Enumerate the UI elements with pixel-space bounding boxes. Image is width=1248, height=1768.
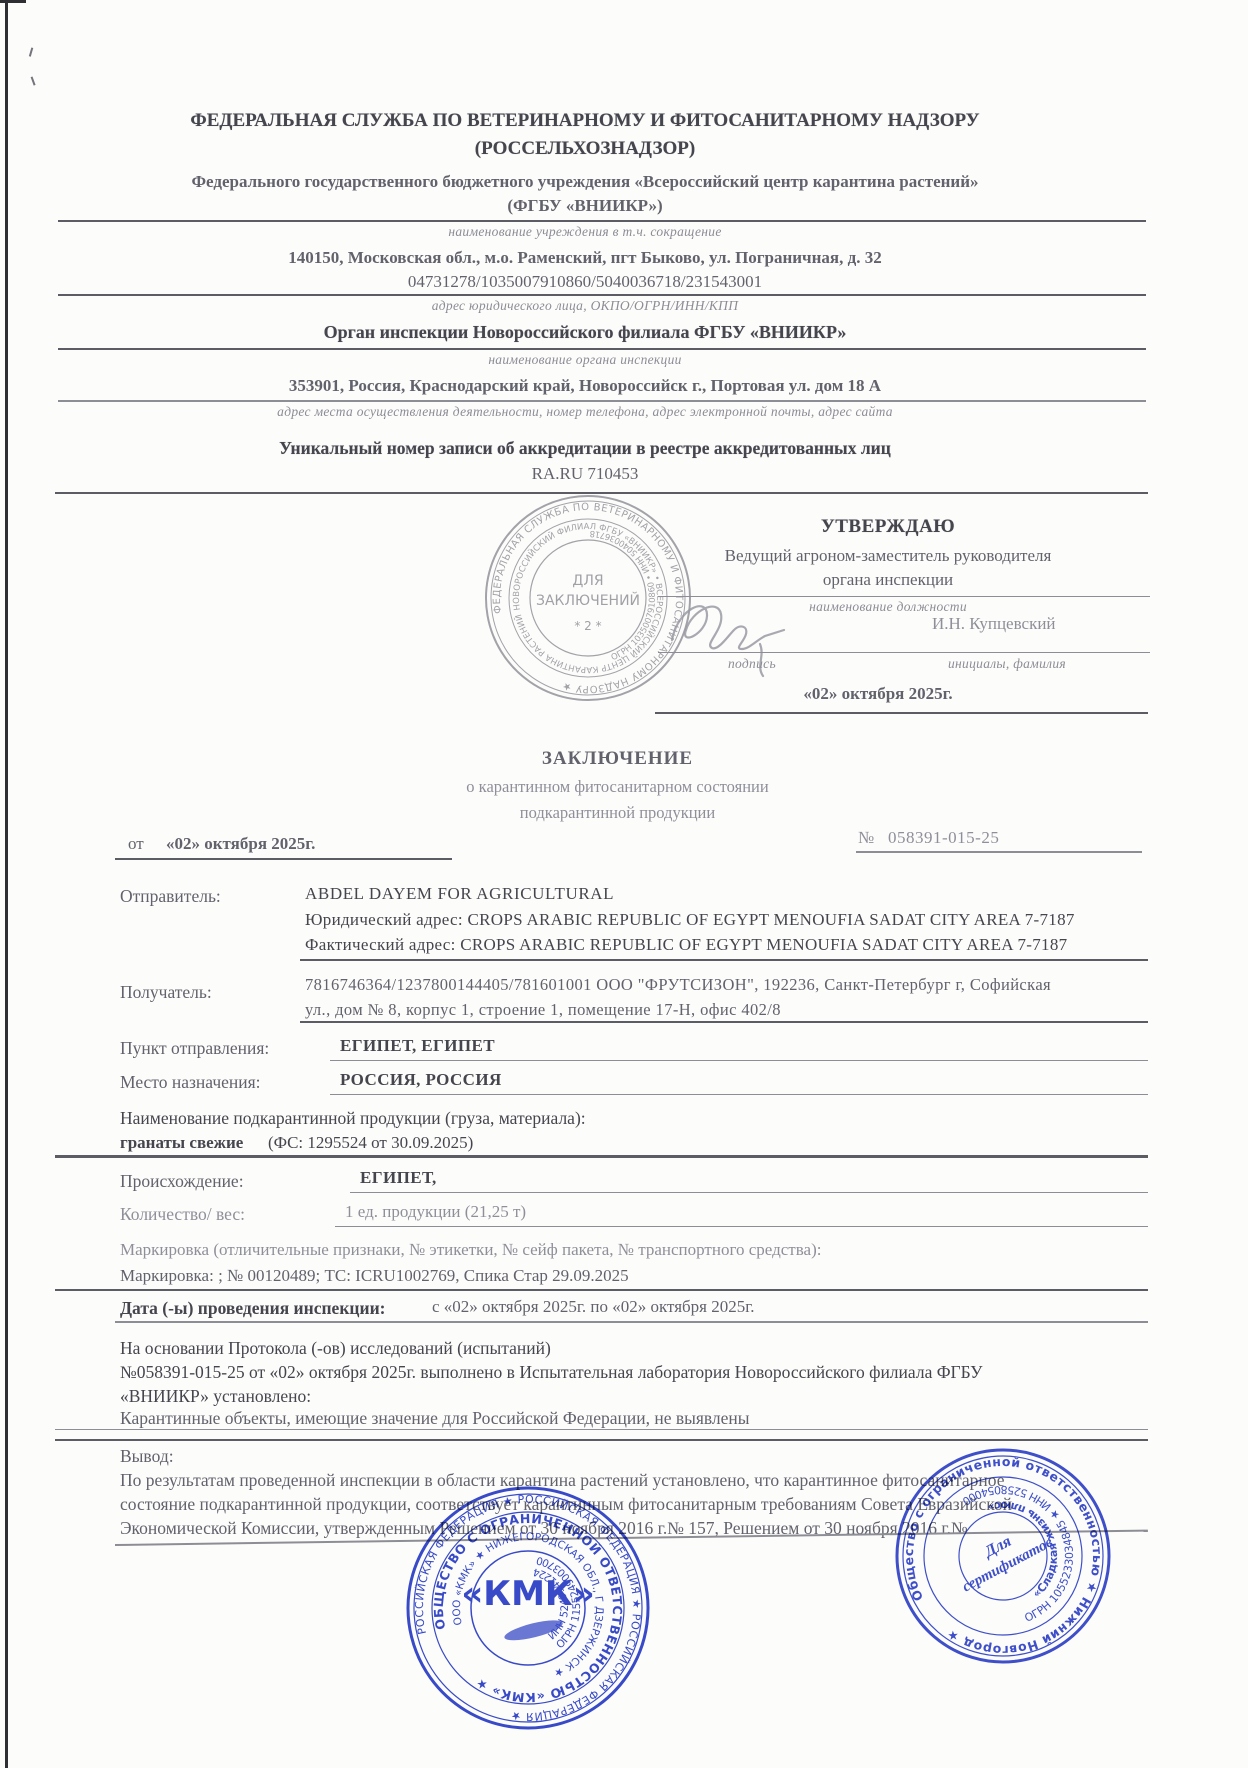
- sender-label: Отправитель:: [120, 886, 221, 906]
- rule: [335, 1226, 1148, 1227]
- caption-activity-address: адрес места осуществления деятельности, …: [40, 404, 1130, 420]
- approver-name: И.Н. Купцевский: [932, 614, 1056, 634]
- scanned-certificate-page: ФЕДЕРАЛЬНАЯ СЛУЖБА ПО ВЕТЕРИНАРНОМУ И ФИ…: [0, 0, 1248, 1768]
- header-institution: Федерального государственного бюджетного…: [40, 172, 1130, 192]
- header-service-abbr: (РОССЕЛЬХОЗНАДЗОР): [40, 138, 1130, 160]
- signature: [662, 592, 852, 687]
- rule: [115, 858, 452, 860]
- sender-name: ABDEL DAYEM FOR AGRICULTURAL: [305, 884, 614, 904]
- departure-value: ЕГИПЕТ, ЕГИПЕТ: [340, 1036, 495, 1056]
- receiver-line2: ул., дом № 8, корпус 1, строение 1, поме…: [305, 1001, 781, 1020]
- rule: [300, 1021, 1148, 1023]
- departure-label: Пункт отправления:: [120, 1038, 269, 1058]
- protocol-basis-line3: «ВНИИКР» установлено:: [120, 1386, 311, 1406]
- caption-inspection-body: наименование органа инспекции: [40, 352, 1130, 368]
- activity-address: 353901, Россия, Краснодарский край, Ново…: [40, 376, 1130, 396]
- rule: [55, 1289, 1148, 1291]
- caption-institution: наименование учреждения в т.ч. сокращени…: [40, 224, 1130, 240]
- approver-position-line1: Ведущий агроном-заместитель руководителя: [658, 546, 1118, 566]
- date-from-label: от: [128, 834, 144, 854]
- marking-value: Маркировка: ; № 00120489; ТС: ICRU100276…: [120, 1266, 629, 1286]
- protocol-basis-line1: На основании Протокола (-ов) исследовани…: [120, 1338, 551, 1358]
- document-title: ЗАКЛЮЧЕНИЕ: [115, 748, 1120, 770]
- accreditation-number: RA.RU 710453: [40, 464, 1130, 484]
- accreditation-label: Уникальный номер записи об аккредитации …: [40, 438, 1130, 458]
- receiver-label: Получатель:: [120, 982, 212, 1002]
- szp-certificates-stamp: Общество с ограниченной ответственностью…: [854, 1407, 1152, 1705]
- conclusion-label: Вывод:: [120, 1446, 174, 1466]
- marking-label: Маркировка (отличительные признаки, № эт…: [120, 1240, 821, 1260]
- approval-title: УТВЕРЖДАЮ: [658, 516, 1118, 538]
- header-service-name: ФЕДЕРАЛЬНАЯ СЛУЖБА ПО ВЕТЕРИНАРНОМУ И ФИ…: [40, 110, 1130, 132]
- document-number: 058391-015-25: [888, 828, 999, 848]
- sender-legal-address: Юридический адрес: CROPS ARABIC REPUBLIC…: [305, 910, 1075, 930]
- rule: [55, 1429, 1148, 1430]
- org-codes: 04731278/1035007910860/5040036718/231543…: [40, 272, 1130, 292]
- inspection-body-name: Орган инспекции Новороссийского филиала …: [40, 322, 1130, 343]
- pencil-mark: [29, 47, 36, 57]
- document-subtitle-1: о карантинном фитосанитарном состоянии: [115, 778, 1120, 797]
- rule: [856, 851, 1142, 853]
- rule: [58, 348, 1146, 350]
- rule: [58, 220, 1146, 222]
- sender-actual-address: Фактический адрес: CROPS ARABIC REPUBLIC…: [305, 935, 1067, 955]
- scan-edge-top: [0, 0, 26, 3]
- rule: [58, 400, 1146, 402]
- scan-edge-left: [5, 0, 8, 1768]
- rule: [658, 652, 1150, 653]
- product-fs-certificate: (ФС: 1295524 от 30.09.2025): [268, 1133, 473, 1153]
- caption-legal-address: адрес юридического лица, ОКПО/ОГРН/ИНН/К…: [40, 298, 1130, 314]
- quantity-label: Количество/ вес:: [120, 1204, 245, 1224]
- destination-label: Место назначения:: [120, 1072, 261, 1092]
- inspection-result: Карантинные объекты, имеющие значение дл…: [120, 1408, 750, 1428]
- receiver-line1: 7816746364/1237800144405/781601001 ООО "…: [305, 976, 1051, 995]
- rule: [58, 294, 1146, 296]
- svg-text:ДЛЯ: ДЛЯ: [572, 573, 603, 589]
- svg-text:ЗАКЛЮЧЕНИЙ: ЗАКЛЮЧЕНИЙ: [536, 591, 640, 609]
- rule: [330, 1094, 1148, 1095]
- caption-name: инициалы, фамилия: [948, 656, 1066, 672]
- origin-label: Происхождение:: [120, 1171, 244, 1191]
- rule: [350, 1192, 1148, 1193]
- rule: [55, 1155, 1148, 1158]
- legal-address: 140150, Московская обл., м.о. Раменский,…: [40, 248, 1130, 268]
- header-institution-abbr: (ФГБУ «ВНИИКР»): [40, 196, 1130, 216]
- rule: [115, 1321, 1148, 1323]
- rule: [330, 1060, 1148, 1061]
- approver-position-line2: органа инспекции: [658, 570, 1118, 590]
- approval-date: «02» октября 2025г.: [658, 684, 1098, 704]
- svg-text:Общество с ограниченной ответс: Общество с ограниченной ответственностью…: [865, 1418, 1141, 1694]
- document-date: «02» октября 2025г.: [166, 834, 315, 854]
- rule: [300, 959, 1148, 961]
- protocol-basis-line2: №058391-015-25 от «02» октября 2025г. вы…: [120, 1362, 982, 1382]
- inspection-dates-label: Дата (-ы) проведения инспекции:: [120, 1298, 385, 1318]
- destination-value: РОССИЯ, РОССИЯ: [340, 1070, 502, 1090]
- inspection-dates-value: с «02» октября 2025г. по «02» октября 20…: [432, 1297, 755, 1317]
- quantity-value: 1 ед. продукции (21,25 т): [345, 1202, 526, 1222]
- product-value: гранаты свежие: [120, 1133, 243, 1153]
- pencil-mark: [31, 75, 39, 85]
- number-sign: №: [858, 828, 874, 848]
- origin-value: ЕГИПЕТ,: [360, 1168, 437, 1188]
- product-label: Наименование подкарантинной продукции (г…: [120, 1108, 586, 1128]
- svg-text:* 2 *: * 2 *: [574, 619, 601, 633]
- document-subtitle-2: подкарантинной продукции: [115, 804, 1120, 823]
- rule: [655, 712, 1148, 714]
- caption-signature: подпись: [728, 656, 776, 672]
